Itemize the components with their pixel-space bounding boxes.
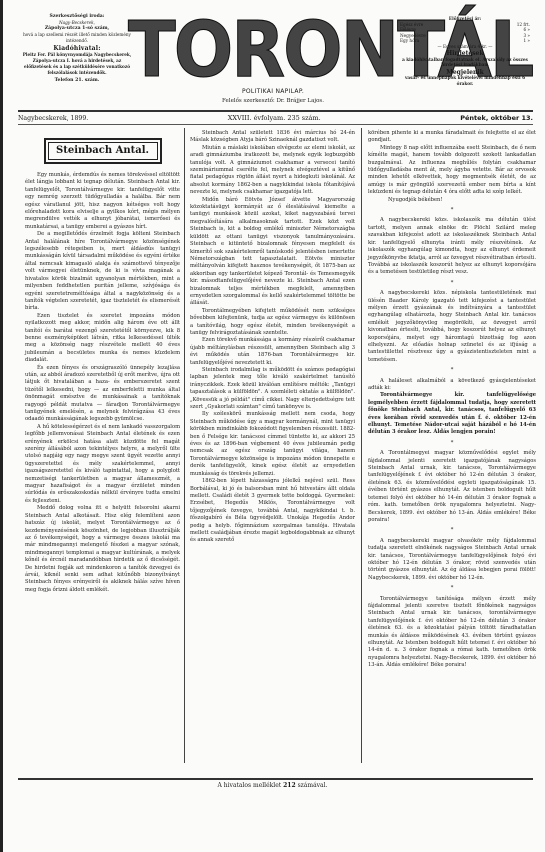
footer-note: A hivatalos melléklet 212 számával.	[0, 782, 545, 789]
notice: A nagybecskereki közs. iskolaszék ma dél…	[368, 217, 536, 276]
newspaper-title: TORONTÁL	[128, 10, 418, 89]
supplement-number: 212	[283, 782, 296, 789]
column-1: Steinbach Antal. Egy munkás, érdemdús és…	[25, 130, 180, 594]
paragraph: Steinbach Antal született 1836 évi márci…	[190, 130, 355, 145]
paragraph: Ezen tisztelet és szeretet impozáns módo…	[25, 313, 180, 365]
column-divider	[184, 128, 185, 763]
paragraph: A hű kötelességérzet és el nem lankadó v…	[25, 424, 180, 505]
paragraph: Ezen törekvő munkássága a kormány részér…	[190, 337, 355, 367]
divider	[18, 124, 533, 125]
masthead: TORONTÁL POLITIKAI NAPILAP. Felelős szer…	[128, 10, 418, 104]
phone: Telefon 21. szám.	[22, 78, 132, 84]
volume-number: XXVIII. évfolyam. 235 szám.	[228, 114, 321, 122]
column-3: körében pihente ki a munka fáradalmait é…	[368, 130, 536, 670]
paragraph: Miután a máslaki iskolában elvégezte az …	[190, 145, 355, 197]
separator-star: *	[368, 367, 536, 374]
editor-line: Felelős szerkesztő: Dr. Brájjer Lajos.	[128, 98, 418, 104]
subscription-info: Előfizetési ár: Egész évre12 frt. Félévr…	[400, 16, 530, 86]
dateline: Nagybecskerek, 1899. XXVIII. évfolyam. 2…	[18, 112, 533, 124]
separator-star: *	[368, 585, 536, 592]
notice: A nagybecskereki közs. népiskola tantest…	[368, 290, 536, 364]
paragraph: De a megilletődés érzelmét fogja költeni…	[25, 231, 180, 312]
obituary-notice: A Torontálmegyei magyar közművelődési eg…	[368, 450, 536, 524]
column-divider	[361, 128, 362, 763]
paragraph: És ezen fényes és országraszóló ünnepély…	[25, 365, 180, 424]
separator-star: *	[368, 527, 536, 534]
publishing-text: Pleitz Fer. Pál könyvnyomdája Nagybecske…	[22, 52, 132, 76]
paragraph: 1862-ben lépett házasságra jólelkű nejév…	[190, 478, 355, 545]
paragraph: Steinbach irodalmilag is működött és szá…	[190, 367, 355, 411]
paragraph: Mintegy 8 nap előtt influenzába esett St…	[368, 145, 536, 197]
single-price: — Egyes szám ára 4 kr. —	[400, 44, 530, 50]
paragraph: körében pihente ki a munka fáradalmait é…	[368, 130, 536, 145]
separator-star: *	[368, 440, 536, 447]
paragraph: Torontálmegyében kifejtett működését nem…	[190, 308, 355, 338]
paragraph: Meddő dolog volna itt e helyütt felsorol…	[25, 505, 180, 594]
paragraph: Egy munkás, érdemdús és nemes törekvésse…	[25, 172, 180, 231]
separator-star: *	[368, 207, 536, 214]
notice: A haláleset alkalmából a következő gyász…	[368, 378, 536, 393]
column-2: Steinbach Antal született 1836 évi márci…	[190, 130, 355, 545]
scan-edge	[0, 0, 3, 852]
editorial-office-info: Szerkesztőségi iroda: Nagy-Becskerek, Zá…	[22, 14, 132, 84]
obituary-notice: A nagybecskereki magyar olvasókör mély f…	[368, 538, 536, 582]
appears-text: vasár- és ünnepnapok kivételével mindenn…	[400, 75, 530, 86]
paragraph: Midőn báró Eötvös József átvette Magyaro…	[190, 197, 355, 308]
office-note: hová a lap szellemi részét illető minden…	[22, 32, 132, 44]
article-title-box: Steinbach Antal.	[44, 138, 162, 164]
obituary-notice: Torontálvármegye tanítósága mélyen érzet…	[368, 596, 536, 670]
obituary-notice: Torontálvármegye kir. tanfelügyelősége l…	[368, 392, 536, 436]
newspaper-page: Szerkesztőségi iroda: Nagy-Becskerek, Zá…	[0, 0, 545, 852]
article-title: Steinbach Antal.	[48, 142, 158, 160]
place-year: Nagybecskerek, 1899.	[18, 115, 88, 122]
ads-text: a kiadóhivatalban fogadtatnak el. Árszab…	[400, 57, 530, 68]
divider	[18, 778, 533, 780]
closing-line: Nyugodjék békében!	[368, 197, 536, 204]
day-date: Péntek, október 13.	[460, 114, 533, 122]
separator-star: *	[368, 280, 536, 287]
paragraph: Ily széleskörű munkásság mellett nem cso…	[190, 411, 355, 478]
